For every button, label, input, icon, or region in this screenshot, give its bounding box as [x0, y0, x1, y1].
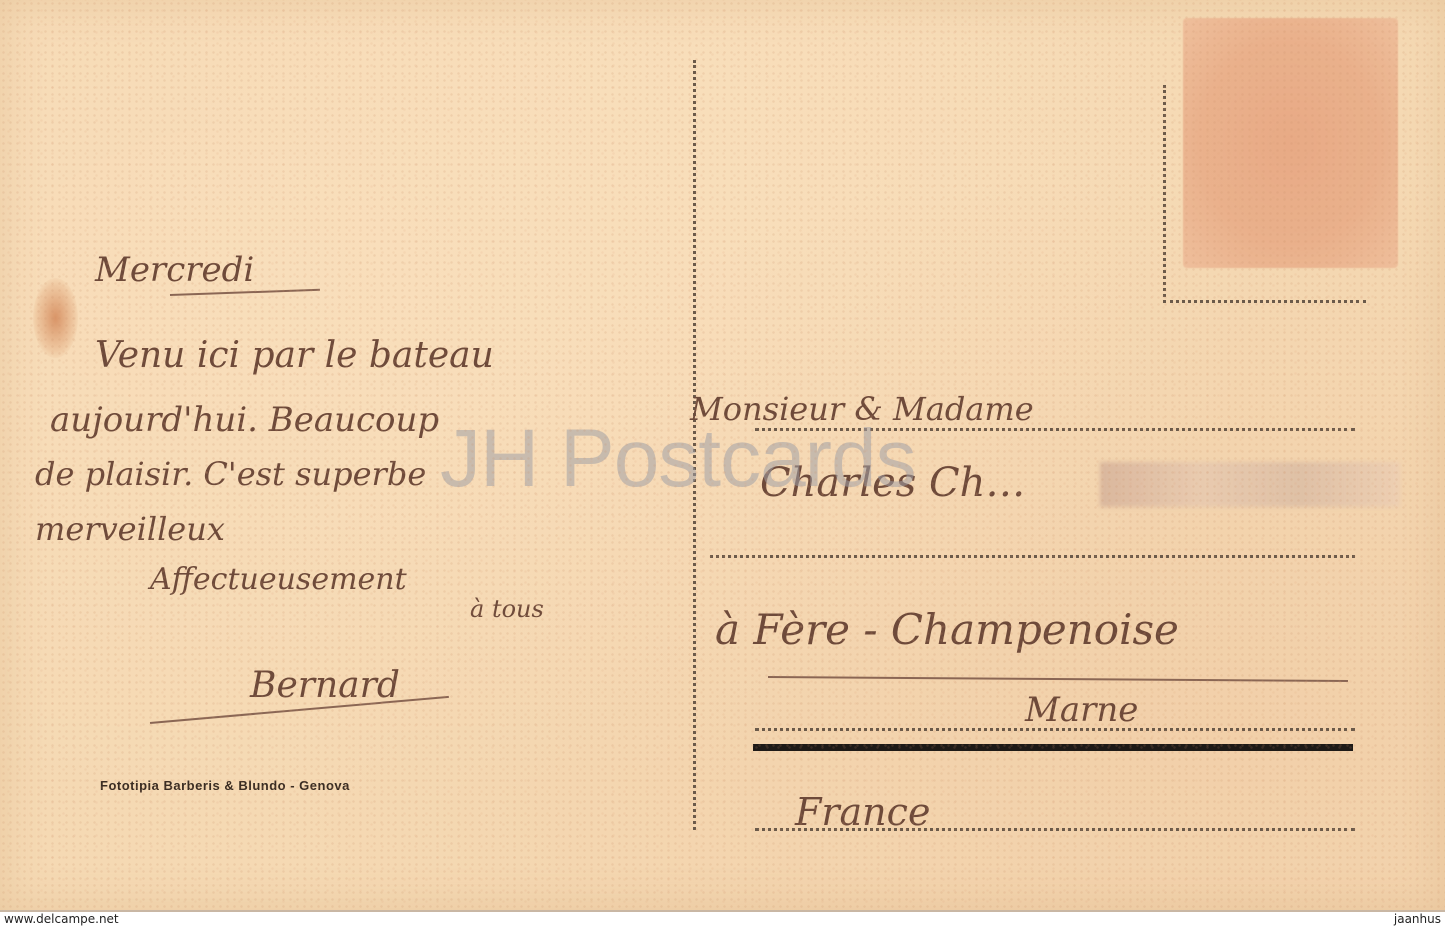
message-closing: Affectueusement	[150, 562, 407, 597]
redacted-surname	[1100, 462, 1400, 507]
message-closing-2: à tous	[470, 595, 544, 623]
footer-seller: jaanhus	[1394, 912, 1441, 926]
address-line4: Marne	[1025, 690, 1138, 730]
address-line-2	[710, 555, 1355, 558]
stamp-box-border	[1163, 85, 1366, 303]
watermark: JH Postcards	[440, 412, 916, 506]
message-salutation: Mercredi	[95, 250, 254, 290]
pen-underline	[768, 676, 1348, 682]
address-thick-bar	[753, 744, 1353, 751]
footer-source: www.delcampe.net	[4, 912, 119, 926]
message-line-3: de plaisir. C'est superbe	[35, 455, 426, 493]
message-line-4: merveilleux	[35, 510, 225, 548]
address-line3: à Fère - Champenoise	[715, 605, 1179, 654]
message-line-2: aujourd'hui. Beaucoup	[50, 400, 439, 440]
address-line5: France	[795, 790, 930, 834]
signature: Bernard	[250, 665, 400, 706]
publisher-imprint: Fototipia Barberis & Blundo - Genova	[100, 778, 350, 793]
ink-stain	[33, 278, 78, 358]
message-line-1: Venu ici par le bateau	[95, 335, 494, 376]
postcard-back: Mercredi Venu ici par le bateau aujourd'…	[0, 0, 1445, 912]
